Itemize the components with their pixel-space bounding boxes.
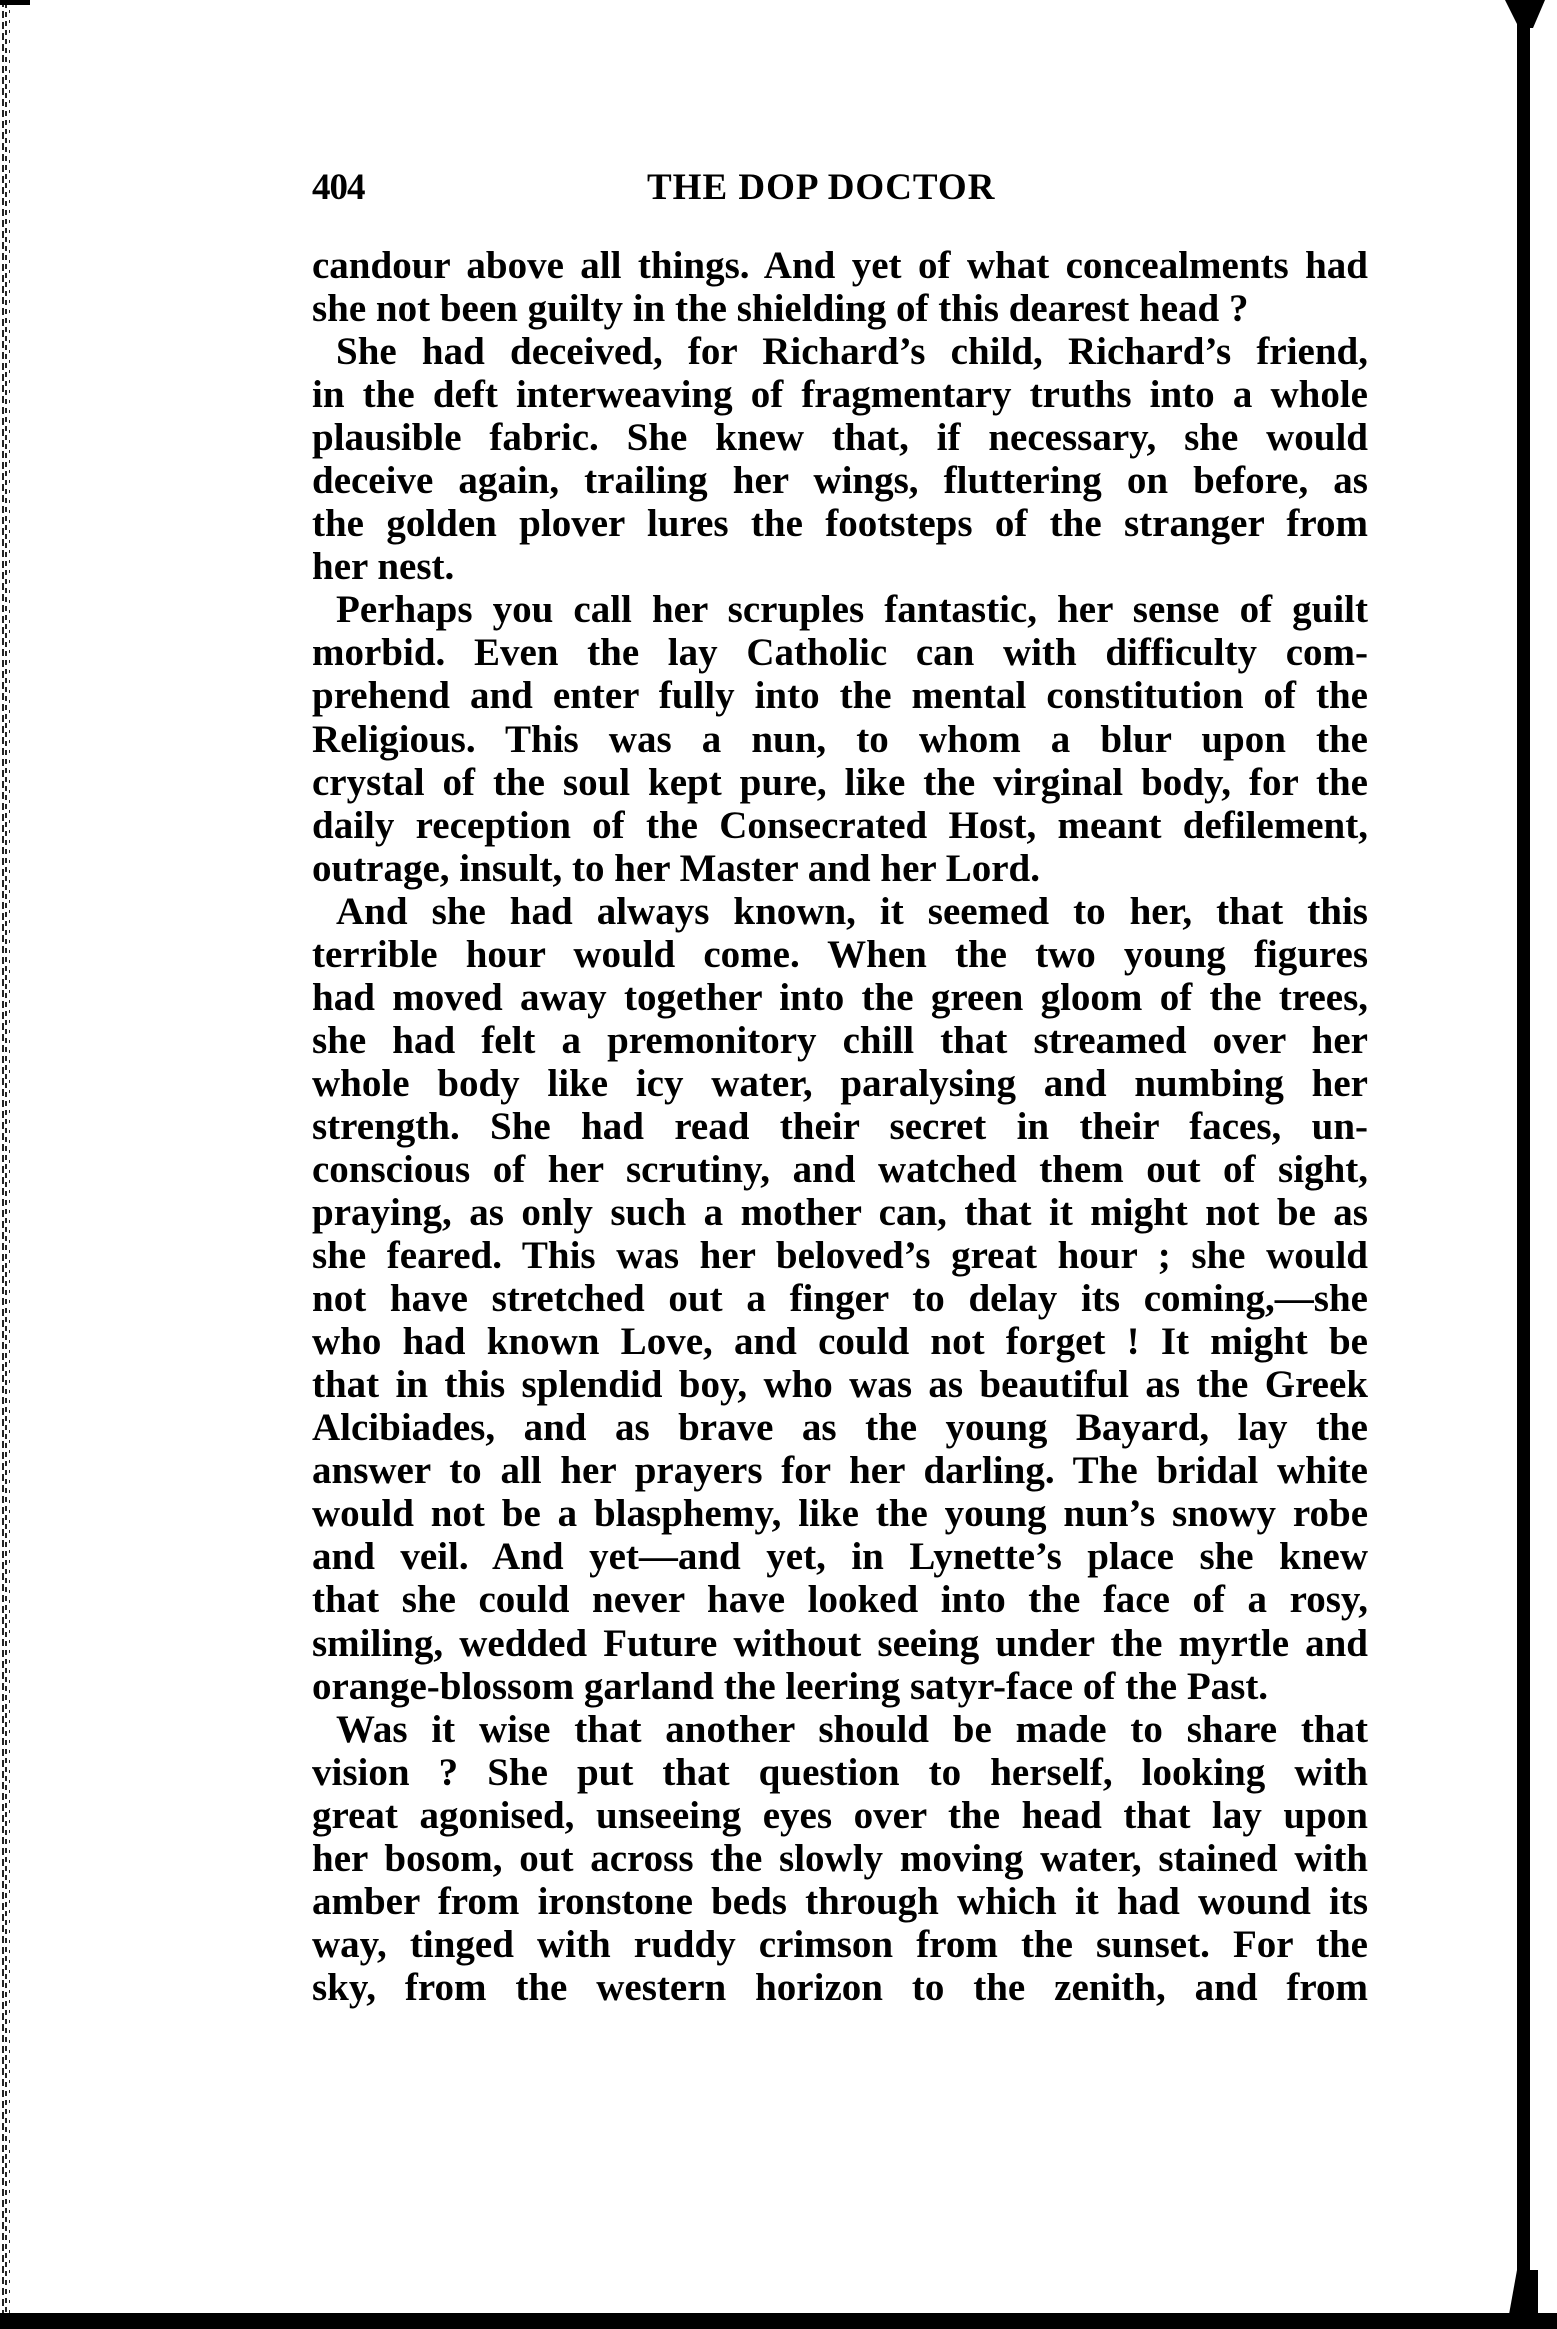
text-line: outrage, insult, to her Master and her L… <box>312 847 1368 890</box>
page-edge-right <box>1517 20 1530 2320</box>
text-line: great agonised, unseeing eyes over the h… <box>312 1794 1368 1837</box>
book-page: 404 THE DOP DOCTOR candour above all thi… <box>0 0 1557 2329</box>
text-line: crystal of the soul kept pure, like the … <box>312 761 1368 804</box>
text-line: whole body like icy water, paralysing an… <box>312 1062 1368 1105</box>
text-line: deceive again, trailing her wings, flutt… <box>312 459 1368 502</box>
text-line: And she had always known, it seemed to h… <box>312 890 1368 933</box>
text-line: that she could never have looked into th… <box>312 1578 1368 1621</box>
paragraph: Perhaps you call her scruples fantastic,… <box>312 588 1368 889</box>
text-line: amber from ironstone beds through which … <box>312 1880 1368 1923</box>
paragraph: And she had always known, it seemed to h… <box>312 890 1368 1708</box>
body-text: candour above all things. And yet of wha… <box>312 244 1368 2009</box>
page-edge-bottom <box>0 2313 1557 2329</box>
text-line: in the deft interweaving of fragmentary … <box>312 373 1368 416</box>
text-line: who had known Love, and could not forget… <box>312 1320 1368 1363</box>
text-line: orange-blossom garland the leering satyr… <box>312 1665 1368 1708</box>
paragraph: Was it wise that another should be made … <box>312 1708 1368 2009</box>
text-line: not have stretched out a finger to delay… <box>312 1277 1368 1320</box>
text-line: Religious. This was a nun, to whom a blu… <box>312 718 1368 761</box>
text-line: answer to all her prayers for her darlin… <box>312 1449 1368 1492</box>
text-line: would not be a blasphemy, like the young… <box>312 1492 1368 1535</box>
text-line: that in this splendid boy, who was as be… <box>312 1363 1368 1406</box>
text-line: strength. She had read their secret in t… <box>312 1105 1368 1148</box>
text-line: candour above all things. And yet of wha… <box>312 244 1368 287</box>
text-line: her bosom, out across the slowly moving … <box>312 1837 1368 1880</box>
running-head: 404 THE DOP DOCTOR <box>312 168 1368 208</box>
text-line: smiling, wedded Future without seeing un… <box>312 1622 1368 1665</box>
text-line: and veil. And yet—and yet, in Lynette’s … <box>312 1535 1368 1578</box>
running-title: THE DOP DOCTOR <box>647 168 995 208</box>
text-line: she not been guilty in the shielding of … <box>312 287 1368 330</box>
text-line: sky, from the western horizon to the zen… <box>312 1966 1368 2009</box>
text-line: Was it wise that another should be made … <box>312 1708 1368 1751</box>
text-line: her nest. <box>312 545 1368 588</box>
text-line: way, tinged with ruddy crimson from the … <box>312 1923 1368 1966</box>
text-line: daily reception of the Consecrated Host,… <box>312 804 1368 847</box>
text-line: she had felt a premonitory chill that st… <box>312 1019 1368 1062</box>
page-binding-edge <box>0 0 12 2316</box>
page-binding-edge-top <box>0 0 30 5</box>
text-line: She had deceived, for Richard’s child, R… <box>312 330 1368 373</box>
page-number: 404 <box>312 168 365 208</box>
text-line: the golden plover lures the footsteps of… <box>312 502 1368 545</box>
paragraph: She had deceived, for Richard’s child, R… <box>312 330 1368 588</box>
text-line: she feared. This was her beloved’s great… <box>312 1234 1368 1277</box>
text-line: Perhaps you call her scruples fantastic,… <box>312 588 1368 631</box>
text-line: had moved away together into the green g… <box>312 976 1368 1019</box>
text-line: prehend and enter fully into the mental … <box>312 674 1368 717</box>
text-line: morbid. Even the lay Catholic can with d… <box>312 631 1368 674</box>
text-line: plausible fabric. She knew that, if nece… <box>312 416 1368 459</box>
text-line: terrible hour would come. When the two y… <box>312 933 1368 976</box>
text-line: Alcibiades, and as brave as the young Ba… <box>312 1406 1368 1449</box>
text-line: praying, as only such a mother can, that… <box>312 1191 1368 1234</box>
text-line: conscious of her scrutiny, and watched t… <box>312 1148 1368 1191</box>
paragraph: candour above all things. And yet of wha… <box>312 244 1368 330</box>
text-line: vision ? She put that question to hersel… <box>312 1751 1368 1794</box>
